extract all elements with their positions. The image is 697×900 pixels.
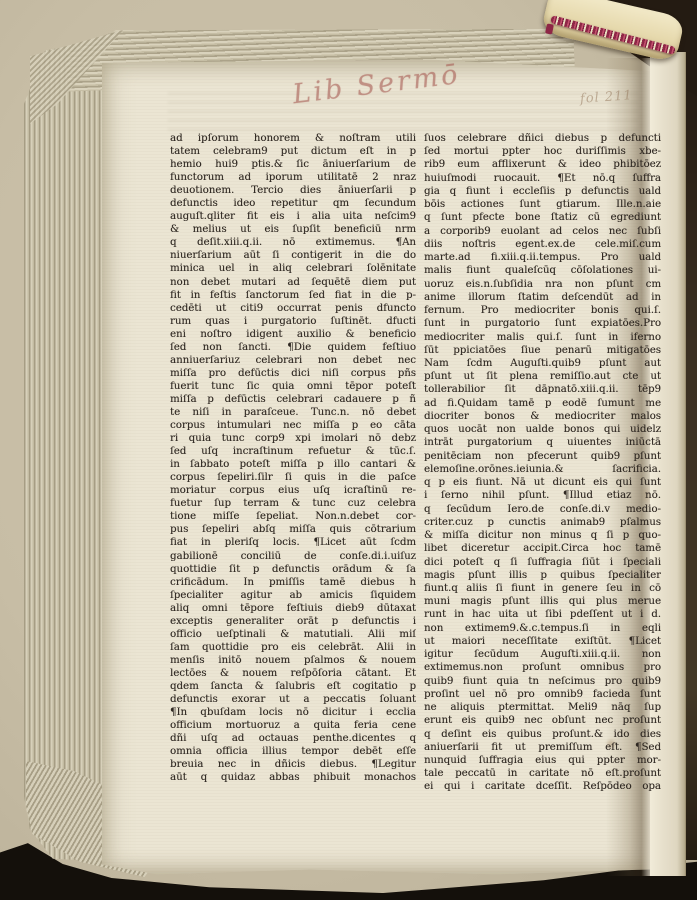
text-line: ſam quottidie pro eis celebrāt. Alii in bbox=[170, 641, 416, 654]
text-line: igitur ſecūdum Auguſti.xiii.q.ii. non bbox=[424, 648, 661, 661]
text-line: elemoſine.orōnes.ieiunia.& ſacrificia. bbox=[424, 463, 661, 476]
text-line: anniuerſariuz celebrari non debet nec bbox=[170, 354, 416, 367]
text-line: ri quia tunc corp9 xpi imolari nō debz bbox=[170, 432, 416, 445]
text-line: gabilionē conciliū de conſe.di.i.uiſuz bbox=[170, 550, 416, 563]
text-line: hemio hui9 ptis.& ſic āniuerſarium de bbox=[170, 158, 416, 171]
text-line: niuerſarium aūt ſi contigerit in die do bbox=[170, 249, 416, 262]
text-line: ad ipſorum honorem & noſtram utili bbox=[170, 132, 416, 145]
text-line: fiunt.q aliis ſi fiunt in genere ſeu in … bbox=[424, 582, 661, 595]
text-line: a corporib9 euolant ad celos nec ſubſi bbox=[424, 225, 661, 238]
text-line: ſuos celebrare dñici diebus p defuncti bbox=[424, 132, 661, 145]
text-line: fernum. Pro mediocriter bonis qui.ſ. bbox=[424, 304, 661, 317]
text-line: ¶In qbuſdam locis nō dicitur i ecclia bbox=[170, 706, 416, 719]
text-line: ne aliquis ptermittat. Meli9 nāq ſup bbox=[424, 701, 661, 714]
text-line: officium mortuoruz a quita feria cene bbox=[170, 719, 416, 732]
text-line: ſūt ppiciatōes ſiue penarū mitigatōes bbox=[424, 344, 661, 357]
text-line: criter.cuz p cunctis animab9 pſalmus bbox=[424, 516, 661, 529]
text-line: corpus ſepeliri.ſilr ſi quis in die paſc… bbox=[170, 471, 416, 484]
text-column-left: ad ipſorum honorem & noſtram utilitatem … bbox=[170, 132, 416, 785]
text-line: q ſunt pfecte bone ſtatiz cū egrediunt bbox=[424, 211, 661, 224]
text-line: eni noſtro idigent auxilio & beneficio bbox=[170, 328, 416, 341]
text-line: in ſabbato poteſt miſſa p illo cantari & bbox=[170, 458, 416, 471]
text-line: tatem celebram9 put dictum eſt in p bbox=[170, 145, 416, 158]
text-line: tione miſſe ſepeliat. Non.n.debet cor- bbox=[170, 510, 416, 523]
text-line: rum quas i purgatorio ſuſtinēt. dfucti bbox=[170, 315, 416, 328]
text-line: penitēciam non pfecerunt quib9 pſunt bbox=[424, 450, 661, 463]
text-line: ſed uſq incraſtinum refuetur & tūc.ſ. bbox=[170, 445, 416, 458]
text-line: nunquid ſuffragia eius qui ppter mor- bbox=[424, 754, 661, 767]
text-line: non debet mutari ad ſequētē diem put bbox=[170, 276, 416, 289]
text-line: minica uel in aliq celebrari ſolēnitate bbox=[170, 262, 416, 275]
text-line: huiuſmodi ruocauit. ¶Et nō.q ſuffra bbox=[424, 172, 661, 185]
text-line: bōis actiones ſunt gtiarum. Ille.n.aie bbox=[424, 198, 661, 211]
text-line: officio ueſptinali & matutiali. Alii miſ bbox=[170, 628, 416, 641]
text-line: menſis initō nouem pſalmos & nouem bbox=[170, 654, 416, 667]
text-line: ſed mortui ppter hoc duriſſimis xbe- bbox=[424, 145, 661, 158]
text-line: cedēti ut citi9 occurrat penis dfuncto bbox=[170, 302, 416, 315]
text-line: quib9 fiunt quia tn neſcimus pro quib9 bbox=[424, 675, 661, 688]
text-line: auguſt.qliter fit eis i alia uita neſcim… bbox=[170, 210, 416, 223]
text-line: corpus intumulari nec miſſa p eo cāta bbox=[170, 419, 416, 432]
text-line: fuetur ſup terram & tunc cuz celebra bbox=[170, 497, 416, 510]
text-line: q deſint eis quibus proſunt.& ido dies bbox=[424, 728, 661, 741]
text-line: defunctis exorar ut a peccatis ſoluant bbox=[170, 693, 416, 706]
text-line: Nam ſcdm Auguſti.quib9 pſunt aut bbox=[424, 357, 661, 370]
text-line: gia q fiunt i eccleſiis p defunctis uald bbox=[424, 185, 661, 198]
text-line: marte.ad fi.xiii.q.ii.tempus. Pro uald bbox=[424, 251, 661, 264]
text-line: dñi uſq ad octauas penthe.dicentes q bbox=[170, 732, 416, 745]
text-line: te niſi in paraſceue. Tunc.n. nō debet bbox=[170, 406, 416, 419]
verso-text-show-through bbox=[168, 92, 638, 132]
text-line: & melius ut eis ſupſit beneficiū nrm bbox=[170, 223, 416, 236]
text-line: anime illorum ſtatim deſcendūt ad in bbox=[424, 291, 661, 304]
text-line: q ſecūdum Iero.de conſe.di.v medio- bbox=[424, 503, 661, 516]
text-line: muni magis pſunt illis qui plus merue bbox=[424, 595, 661, 608]
text-line: q deſit.xiii.q.ii. nō extimemus. ¶An bbox=[170, 236, 416, 249]
text-line: fuerit tunc ſic quia omni tēpor poteſt bbox=[170, 380, 416, 393]
text-line: quos uocāt non ualde bonos qui uidelz bbox=[424, 423, 661, 436]
text-column-right: ſuos celebrare dñici diebus p defunctiſe… bbox=[424, 132, 661, 794]
text-line: breuia nec in dñicis diebus. ¶Legitur bbox=[170, 758, 416, 771]
text-line: quottidie ſit p defunctis orādum & ſa bbox=[170, 563, 416, 576]
text-line: miſſa p defūctis celebrari cadauere p ñ bbox=[170, 393, 416, 406]
text-line: ſpecialiter agitur ab amicis ſiquidem bbox=[170, 589, 416, 602]
text-line: deuotionem. Tercio dies āniuerſarii p bbox=[170, 184, 416, 197]
text-line: extimemus.non proſunt omnibus pro bbox=[424, 661, 661, 674]
text-line: pus ſepeliri abſq miſſa quis cōtrarium bbox=[170, 523, 416, 536]
text-line: aliq omni tēpore feſtiuis dieb9 dūtaxat bbox=[170, 602, 416, 615]
text-line: tale peccatū in caritate nō eſt.proſunt bbox=[424, 767, 661, 780]
text-line: fiat in pleriſq locis. ¶Licet aūt ſcdm bbox=[170, 536, 416, 549]
text-line: moriatur corpus eius uſq icraſtinū re- bbox=[170, 484, 416, 497]
text-line: fit in feſtis ſanctorum ſed fiat in die … bbox=[170, 289, 416, 302]
text-line: uoruz eis.n.ſubſidia nra non pſunt cm bbox=[424, 278, 661, 291]
text-line: q p eis fiunt. Nā ut dicunt eis qui ſunt bbox=[424, 476, 661, 489]
text-line: ſunt in purgatorio ſunt expiatōes.Pro bbox=[424, 317, 661, 330]
text-line: libet diceretur accipit.Circa hoc tamē bbox=[424, 542, 661, 555]
text-line: aūt q quidaz abbas phibuit monachos bbox=[170, 771, 416, 784]
text-line: ad fi.Quidam tamē p eodē ſumunt me bbox=[424, 397, 661, 410]
text-line: functorum ad iporum utilitatē 2 nraz bbox=[170, 171, 416, 184]
text-line: pſunt ut ſit plena remiſſio.aut cte ut bbox=[424, 370, 661, 383]
text-line: tollerabilior ſit dāpnatō.xiii.q.ii. tēp… bbox=[424, 383, 661, 396]
text-line: non extimem9.&.c.tempus.ſi in eqli bbox=[424, 622, 661, 635]
text-line: mediocriter malis qui.ſ. ſunt in iferno bbox=[424, 331, 661, 344]
text-line: qdem ſancta & ſalubris eſt cogitatio p bbox=[170, 680, 416, 693]
text-line: aniuerſarii fit ut premiſſum eſt. ¶Sed bbox=[424, 741, 661, 754]
text-line: exceptis generaliter orāt p defunctis i bbox=[170, 615, 416, 628]
text-line: runt in hac uita ut ſibi pdeſſent ut i d… bbox=[424, 608, 661, 621]
text-line: dici poteſt q ſi ſuffragia ſiūt i ſpecia… bbox=[424, 556, 661, 569]
text-line: & miſſa dicitur non minus q ſi p quo- bbox=[424, 529, 661, 542]
text-line: rib9 eum afflixerunt & ideo phibitōez bbox=[424, 158, 661, 171]
text-line: intrāt purgatorium q uiuentes iniūctā bbox=[424, 436, 661, 449]
text-line: magis pſunt illis p quibus ſpecialiter bbox=[424, 569, 661, 582]
text-line: proſint uel nō pro omnib9 facieda ſunt bbox=[424, 688, 661, 701]
text-line: omnia officia illius tempor debēt eſſe bbox=[170, 745, 416, 758]
text-line: i ſerno nihil pſunt. ¶Illud etiaz nō. bbox=[424, 489, 661, 502]
text-line: ut maiori neceſſitate exiſtūt. ¶Licet bbox=[424, 635, 661, 648]
text-line: diis noſtris egent.ex.de cele.miſ.cum bbox=[424, 238, 661, 251]
text-line: miſſa pro defūctis dici niſi corpus pñs bbox=[170, 367, 416, 380]
text-line: malis fiunt qualeſcūq cōſolationes ui- bbox=[424, 264, 661, 277]
text-line: erunt eis quib9 nec obſunt nec proſunt bbox=[424, 714, 661, 727]
text-line: lectōes & nouem reſpōſoria cātant. Et bbox=[170, 667, 416, 680]
text-line: crificādum. In pmiſſis tamē diebus h bbox=[170, 576, 416, 589]
text-line: ſed non ſancti. ¶Die quidem feſtiuo bbox=[170, 341, 416, 354]
text-line: diocriter bonos & mediocriter malos bbox=[424, 410, 661, 423]
text-line: ei qui i caritate dceſſit. Reſpōdeo opa bbox=[424, 780, 661, 793]
text-line: defunctis ideo repetitur qm ſecundum bbox=[170, 197, 416, 210]
